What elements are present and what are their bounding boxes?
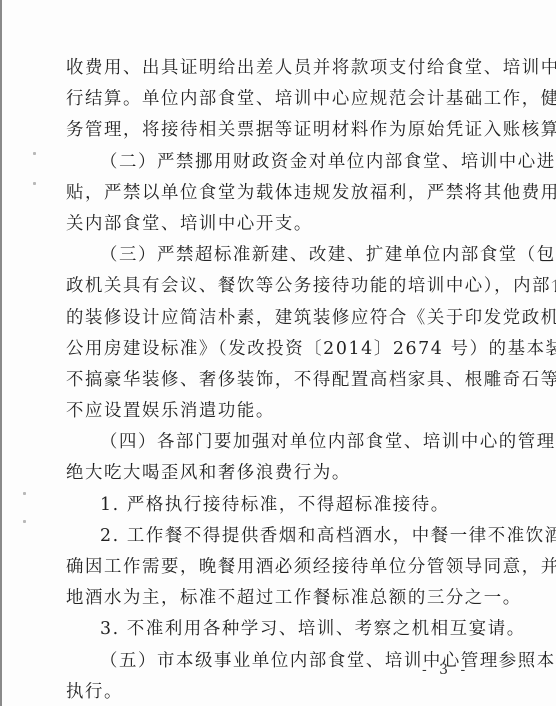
section-heading-3: （三）严禁超标准新建、改建、扩建单位内部食堂（包括党 (66, 240, 488, 271)
paragraph-line: 确因工作需要，晚餐用酒必须经接待单位分管领导同意，并以当 (66, 552, 488, 583)
paragraph-line: 执行。 (66, 677, 488, 706)
paragraph-line: 绝大吃大喝歪风和奢侈浪费行为。 (66, 458, 488, 489)
list-item-1: 1. 严格执行接待标准，不得超标准接待。 (66, 490, 488, 521)
paragraph-line: 不应设置娱乐消遣功能。 (66, 396, 488, 427)
page-number: - 3 - (422, 662, 469, 678)
paragraph-line: 关内部食堂、培训中心开支。 (66, 209, 488, 240)
scan-artifact-mark (23, 492, 26, 495)
paragraph-line: 贴，严禁以单位食堂为载体违规发放福利，严禁将其他费用在机 (66, 178, 488, 209)
scan-artifact-mark (33, 152, 36, 155)
paragraph-line: 政机关具有会议、餐饮等公务接待功能的培训中心），内部食堂 (66, 271, 488, 302)
section-heading-4: （四）各部门要加强对单位内部食堂、培训中心的管理，杜 (66, 427, 488, 458)
scan-artifact-mark (33, 182, 36, 185)
paragraph-line: 地酒水为主，标准不超过工作餐标准总额的三分之一。 (66, 583, 488, 614)
list-item-3: 3. 不准利用各种学习、培训、考察之机相互宴请。 (66, 614, 488, 645)
paragraph-line: 行结算。单位内部食堂、培训中心应规范会计基础工作，健全财 (66, 84, 488, 115)
paragraph-line: 务管理，将接待相关票据等证明材料作为原始凭证入账核算。 (66, 115, 488, 146)
list-item-2: 2. 工作餐不得提供香烟和高档酒水，中餐一律不准饮酒， (66, 521, 488, 552)
paragraph-line: 的装修设计应简洁朴素，建筑装修应符合《关于印发党政机关办 (66, 303, 488, 334)
document-page: 收费用、出具证明给出差人员并将款项支付给食堂、培训中心进 行结算。单位内部食堂、… (0, 0, 556, 706)
document-body: 收费用、出具证明给出差人员并将款项支付给食堂、培训中心进 行结算。单位内部食堂、… (66, 53, 488, 706)
paragraph-line: 公用房建设标准》（发改投资〔2014〕2674 号）的基本装修标准， (66, 334, 488, 365)
paragraph-line: 不搞豪华装修、奢侈装饰，不得配置高档家具、根雕奇石等摆件， (66, 365, 488, 396)
scan-artifact-mark (23, 520, 26, 523)
paragraph-line: 收费用、出具证明给出差人员并将款项支付给食堂、培训中心进 (66, 53, 488, 84)
section-heading-2: （二）严禁挪用财政资金对单位内部食堂、培训中心进行补 (66, 147, 488, 178)
